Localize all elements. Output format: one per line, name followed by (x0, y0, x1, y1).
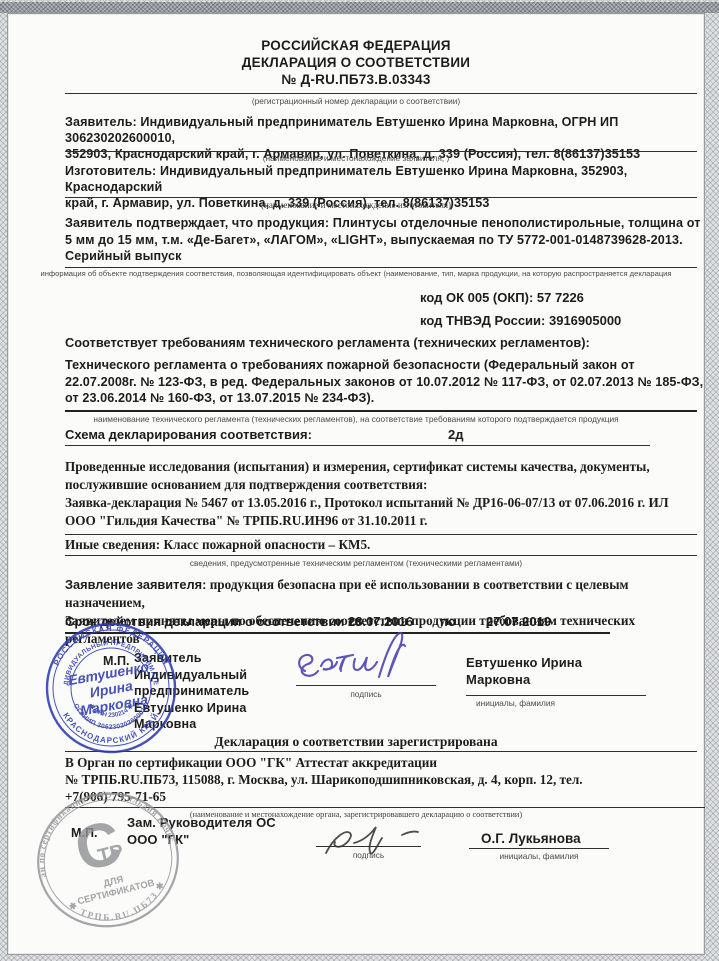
document-page: РОССИЙСКАЯ ФЕДЕРАЦИЯ ДЕКЛАРАЦИЯ О СООТВЕ… (7, 13, 705, 955)
other-info-caption: сведения, предусмотренные техническим ре… (8, 558, 704, 568)
signature-caption: подпись (296, 689, 436, 699)
applicant-signature (291, 631, 426, 691)
compliance-paragraph: Технического регламента о требованиях по… (65, 357, 705, 407)
divider-thick (65, 410, 697, 412)
signature-line (316, 846, 421, 847)
name-caption: инициалы, фамилия (466, 698, 646, 708)
product-caption: информация об объекте подтверждения соот… (8, 269, 704, 278)
okp-code: код ОК 005 (ОКП): 57 7226 (420, 290, 584, 305)
signature-line (296, 685, 436, 686)
scheme-label: Схема декларирования соответствия: (65, 427, 312, 442)
other-info: Иные сведения: Класс пожарной опасности … (65, 537, 370, 553)
basis-intro: Проведенные исследования (испытания) и и… (65, 458, 705, 493)
divider (65, 267, 697, 268)
divider (65, 555, 697, 556)
basis-documents: Заявка-декларация № 5467 от 13.05.2016 г… (65, 494, 705, 529)
header-country: РОССИЙСКАЯ ФЕДЕРАЦИЯ (8, 38, 704, 53)
divider (65, 151, 697, 152)
tnved-code: код ТНВЭД России: 3916905000 (420, 313, 621, 328)
scanned-declaration-document: { "header": { "country": "РОССИЙСКАЯ ФЕД… (0, 0, 719, 961)
applicant-caption: (наименование и местонахождение заявител… (8, 153, 704, 163)
compliance-heading: Соответствует требованиям технического р… (65, 335, 590, 350)
scheme-value: 2д (448, 427, 463, 442)
reg-number-caption: (регистрационный номер декларации о соот… (8, 96, 704, 106)
applicant-name: Евтушенко Ирина Марковна (466, 654, 646, 688)
declaration-number: № Д-RU.ПБ73.В.03343 (8, 72, 704, 87)
scan-edge-band (0, 2, 719, 13)
statement-label: Заявление заявителя: (65, 577, 206, 592)
manufacturer-caption: (наименование и местонахождение изготови… (8, 200, 704, 210)
divider (65, 93, 697, 94)
divider (65, 534, 697, 535)
validity-from-date: 28.07.2016 (348, 614, 413, 629)
name-line (466, 695, 646, 696)
certification-body-stamp: Орган по сертификации ООО "Гильдия Качес… (28, 785, 188, 935)
validity-to-word: по (440, 614, 456, 629)
name-caption: инициалы, фамилия (469, 851, 609, 861)
divider (65, 197, 697, 198)
compliance-caption: наименование технического регламента (те… (8, 414, 704, 424)
validity-to-date: 27.07.2019 (486, 614, 551, 629)
name-line (469, 848, 609, 849)
registrar-name: О.Г. Лукьянова (481, 831, 581, 846)
document-title: ДЕКЛАРАЦИЯ О СООТВЕТСТВИИ (8, 55, 704, 70)
product-paragraph: Заявитель подтверждает, что продукция: П… (65, 215, 701, 265)
divider (65, 445, 650, 446)
signature-caption: подпись (316, 850, 421, 860)
applicant-stamp: РОССИЙСКАЯ ФЕДЕРАЦИЯ КРАСНОДАРСКИЙ КРАЙ … (44, 618, 178, 758)
